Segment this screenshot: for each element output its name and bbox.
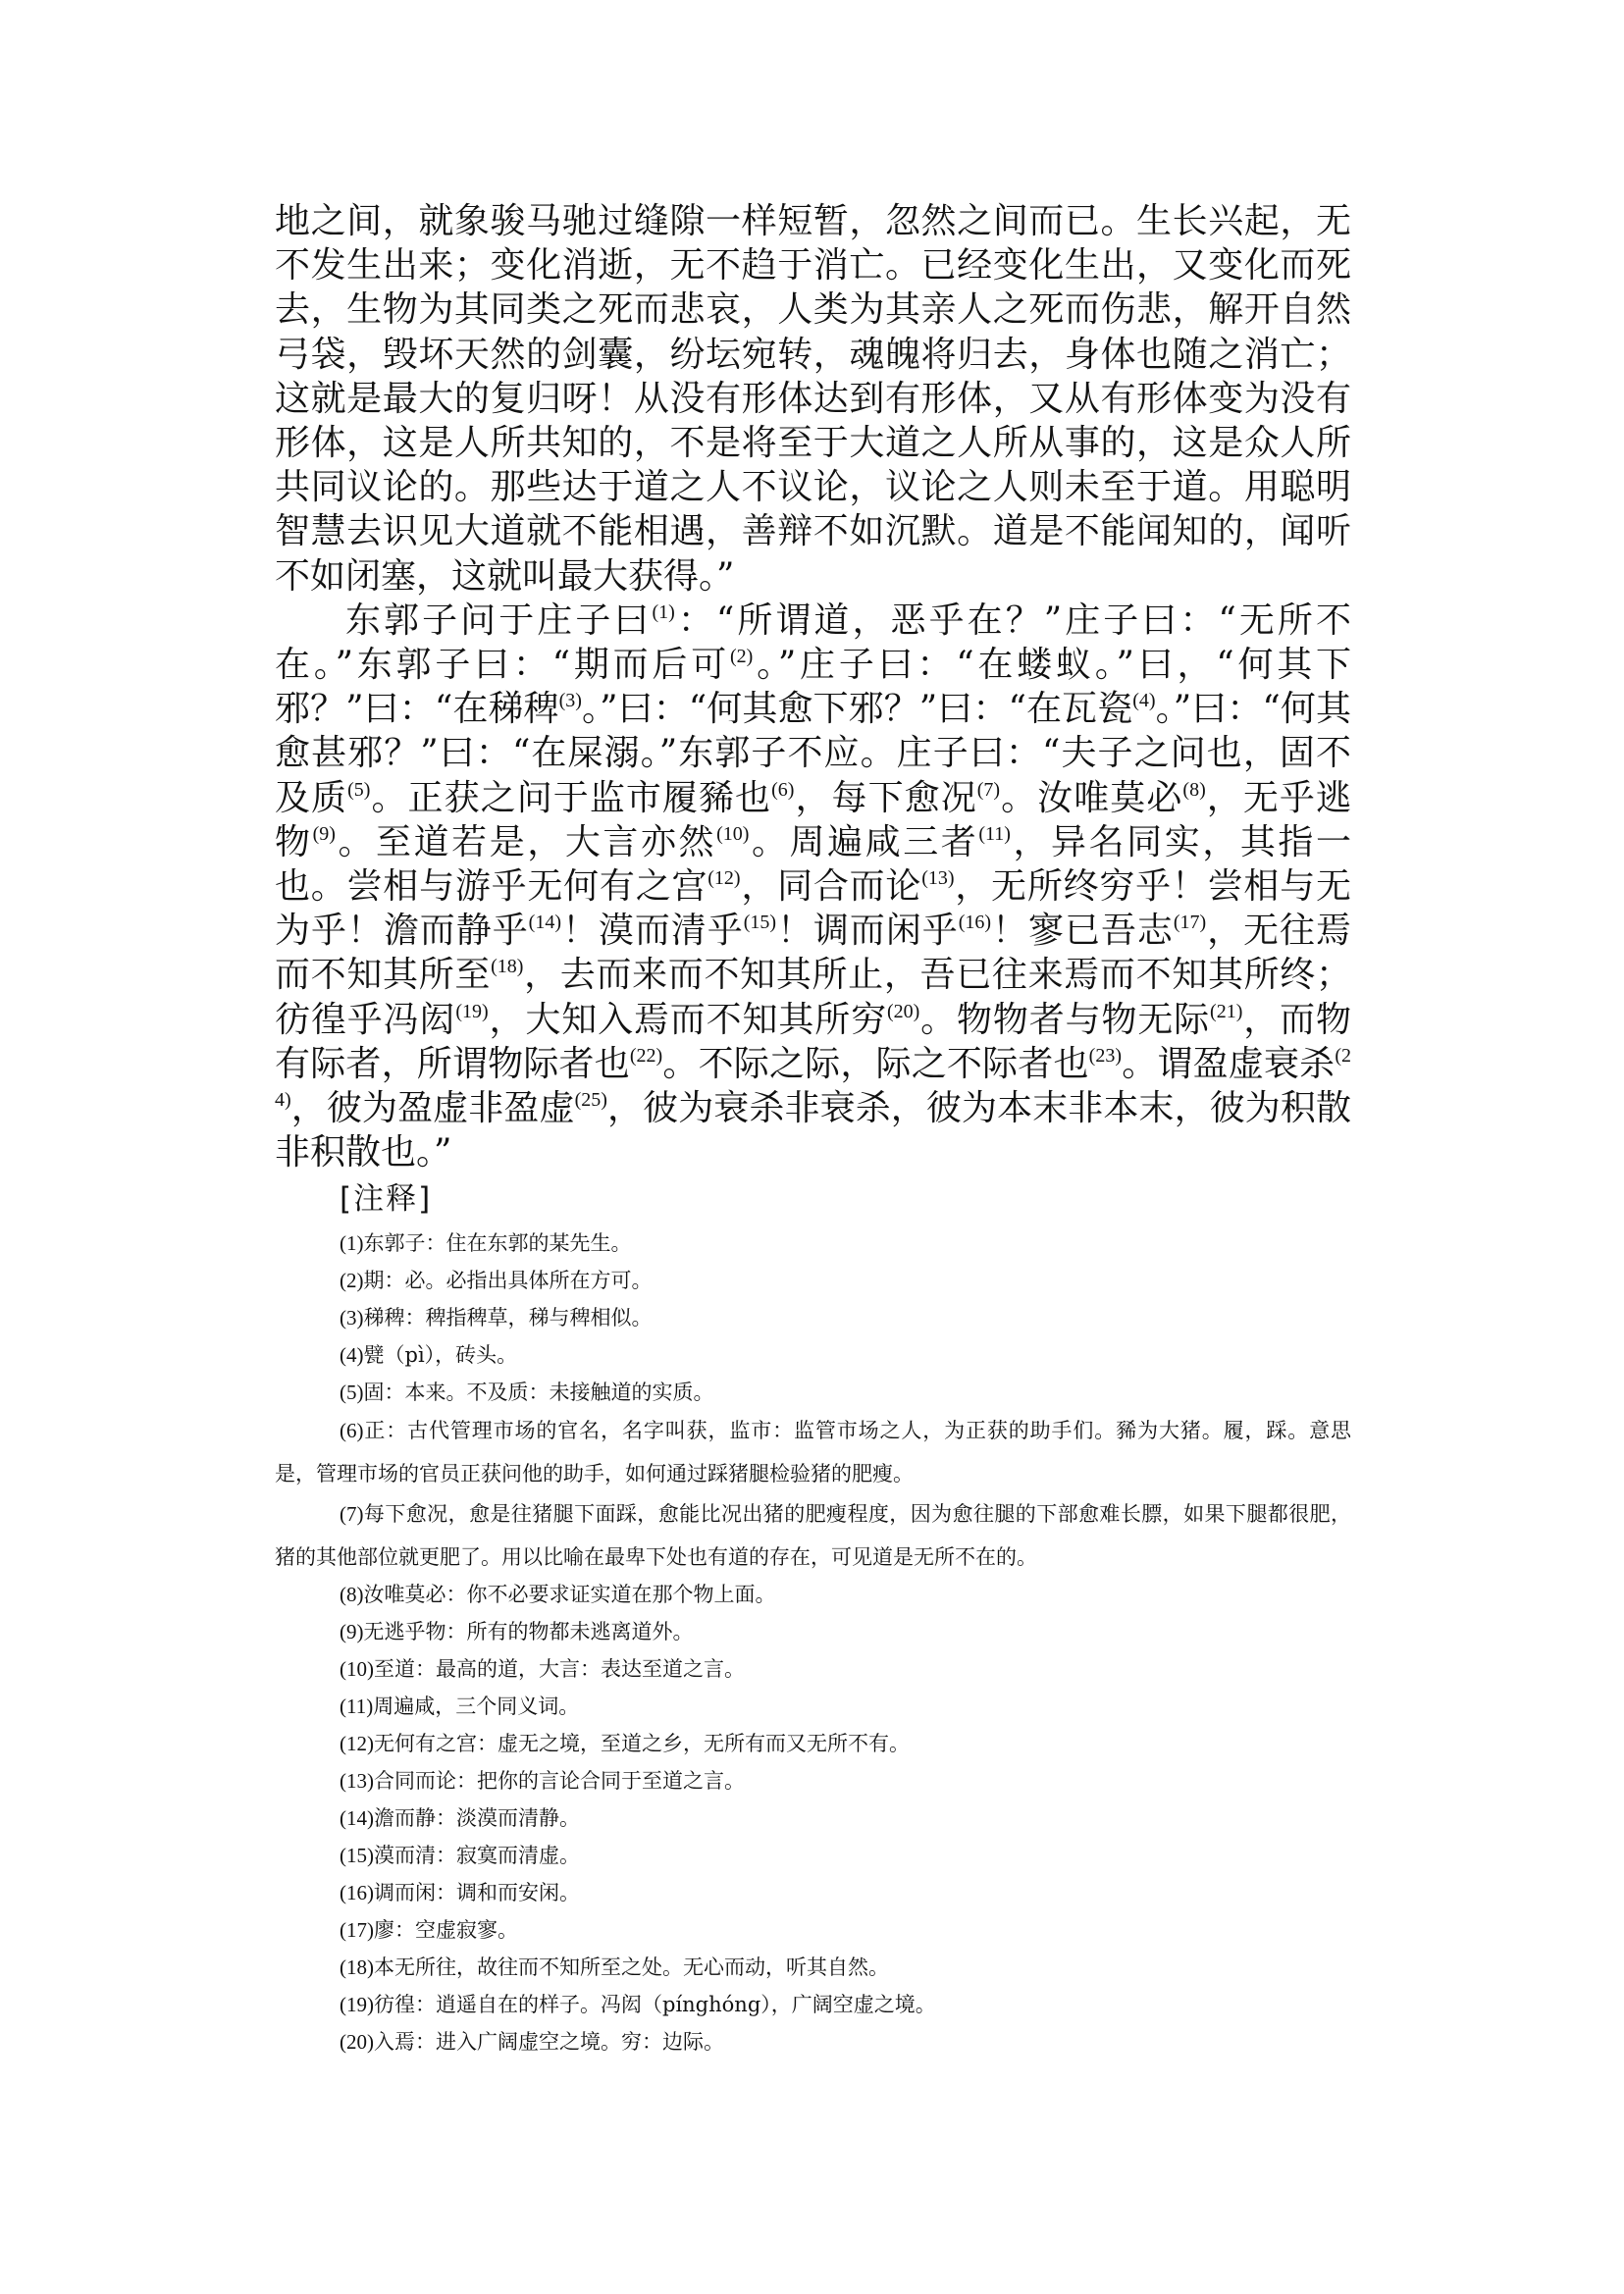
footnote-marker: (15) bbox=[744, 912, 776, 933]
note-number: (16) bbox=[340, 1881, 374, 1904]
paragraph-text: 。不际之际，际之不际者也 bbox=[662, 1044, 1088, 1084]
paragraph-text: 。谓盈虚衰杀 bbox=[1122, 1044, 1335, 1084]
note-number: (14) bbox=[340, 1806, 374, 1830]
body-paragraph-dialogue: 东郭子问于庄子曰(1)：“所谓道，恶乎在？”庄子曰：“无所不在。”东郭子曰：“期… bbox=[275, 599, 1351, 1175]
paragraph-text: ，每下愈况 bbox=[794, 778, 976, 818]
note-number: (1) bbox=[340, 1231, 364, 1255]
note-number: (19) bbox=[340, 1993, 374, 2016]
paragraph-text: 地之间，就象骏马驰过缝隙一样短暂，忽然之间而已。生长兴起，无不发生出来；变化消逝… bbox=[275, 201, 1351, 597]
footnote-marker: (8) bbox=[1182, 779, 1205, 801]
footnote-marker: (19) bbox=[455, 1001, 488, 1022]
note-item: (6)正：古代管理市场的官名，名字叫获，监市：监管市场之人，为正获的助手们。豨为… bbox=[275, 1409, 1351, 1495]
note-item: (19)彷徨：逍遥自在的样子。冯闳（pínghóng），广阔空虚之境。 bbox=[275, 1987, 1351, 2024]
note-text: 甓（pì），砖头。 bbox=[364, 1343, 518, 1367]
note-number: (18) bbox=[340, 1955, 374, 1979]
paragraph-text: 。汝唯莫必 bbox=[1000, 778, 1182, 818]
paragraph-text: ！漠而清乎 bbox=[561, 911, 744, 951]
note-text: 东郭子：住在东郭的某先生。 bbox=[364, 1231, 632, 1255]
footnote-marker: (3) bbox=[559, 690, 582, 711]
note-text: 正：古代管理市场的官名，名字叫获，监市：监管市场之人，为正获的助手们。豨为大猪。… bbox=[275, 1419, 1351, 1486]
footnote-marker: (23) bbox=[1089, 1045, 1122, 1067]
note-text: 稊稗：稗指稗草，稊与稗相似。 bbox=[364, 1306, 653, 1329]
paragraph-text: 。正获之问于监市履豨也 bbox=[370, 778, 771, 818]
footnote-marker: (20) bbox=[887, 1001, 919, 1022]
body-paragraph-continuation: 地之间，就象骏马驰过缝隙一样短暂，忽然之间而已。生长兴起，无不发生出来；变化消逝… bbox=[275, 199, 1351, 599]
footnote-marker: (16) bbox=[959, 912, 991, 933]
note-text: 调而闲：调和而安闲。 bbox=[374, 1881, 580, 1904]
note-item: (17)廖：空虚寂寥。 bbox=[275, 1912, 1351, 1950]
paragraph-text: 。周遍咸三者 bbox=[749, 822, 978, 862]
note-number: (17) bbox=[340, 1918, 374, 1942]
note-text: 固：本来。不及质：未接触道的实质。 bbox=[364, 1381, 714, 1404]
footnote-marker: (22) bbox=[630, 1045, 662, 1067]
footnote-marker: (14) bbox=[529, 912, 561, 933]
note-text: 本无所往，故往而不知所至之处。无心而动，听其自然。 bbox=[374, 1955, 889, 1979]
footnote-marker: (21) bbox=[1210, 1001, 1242, 1022]
note-text: 漠而清：寂寞而清虚。 bbox=[374, 1844, 580, 1867]
paragraph-text: ，大知入焉而不知其所穷 bbox=[489, 1000, 887, 1040]
note-number: (15) bbox=[340, 1844, 374, 1867]
footnote-marker: (1) bbox=[652, 601, 674, 623]
note-number: (13) bbox=[340, 1769, 374, 1793]
note-number: (4) bbox=[340, 1343, 364, 1367]
note-number: (8) bbox=[340, 1583, 364, 1606]
note-number: (20) bbox=[340, 2030, 374, 2054]
notes-heading: [注释] bbox=[340, 1176, 1351, 1222]
footnote-marker: (5) bbox=[347, 779, 370, 801]
footnote-marker: (6) bbox=[771, 779, 794, 801]
note-item: (13)合同而论：把你的言论合同于至道之言。 bbox=[275, 1763, 1351, 1800]
note-text: 廖：空虚寂寥。 bbox=[374, 1918, 518, 1942]
note-text: 期：必。必指出具体所在方可。 bbox=[364, 1269, 653, 1292]
note-number: (9) bbox=[340, 1620, 364, 1643]
note-item: (9)无逃乎物：所有的物都未逃离道外。 bbox=[275, 1614, 1351, 1651]
note-item: (18)本无所往，故往而不知所至之处。无心而动，听其自然。 bbox=[275, 1950, 1351, 1987]
footnote-marker: (4) bbox=[1132, 690, 1155, 711]
note-item: (11)周遍咸，三个同义词。 bbox=[275, 1689, 1351, 1726]
note-text: 澹而静：淡漠而清静。 bbox=[374, 1806, 580, 1830]
note-item: (3)稊稗：稗指稗草，稊与稗相似。 bbox=[275, 1300, 1351, 1337]
footnote-marker: (18) bbox=[491, 956, 523, 977]
paragraph-text: ！调而闲乎 bbox=[776, 911, 959, 951]
note-item: (10)至道：最高的道，大言：表达至道之言。 bbox=[275, 1651, 1351, 1689]
footnote-marker: (9) bbox=[313, 823, 336, 845]
note-item: (7)每下愈况，愈是往猪腿下面踩，愈能比况出猪的肥瘦程度，因为愈往腿的下部愈难长… bbox=[275, 1492, 1351, 1579]
note-item: (5)固：本来。不及质：未接触道的实质。 bbox=[275, 1375, 1351, 1412]
note-text: 周遍咸，三个同义词。 bbox=[373, 1694, 579, 1718]
paragraph-text: ，同合而论 bbox=[741, 866, 922, 907]
footnote-marker: (25) bbox=[575, 1089, 607, 1111]
note-item: (12)无何有之宫：虚无之境，至道之乡，无所有而又无所不有。 bbox=[275, 1726, 1351, 1763]
note-number: (3) bbox=[340, 1306, 364, 1329]
note-number: (6) bbox=[340, 1419, 364, 1442]
paragraph-text: 。”曰：“何其愈下邪？”曰：“在瓦瓷 bbox=[582, 689, 1132, 729]
paragraph-text: ，彼为盈虚非盈虚 bbox=[291, 1088, 575, 1128]
note-number: (5) bbox=[340, 1381, 364, 1404]
footnote-marker: (2) bbox=[730, 646, 753, 667]
footnote-marker: (11) bbox=[978, 823, 1011, 845]
note-text: 每下愈况，愈是往猪腿下面踩，愈能比况出猪的肥瘦程度，因为愈往腿的下部愈难长膘，如… bbox=[275, 1502, 1351, 1569]
note-number: (10) bbox=[340, 1657, 374, 1681]
footnote-marker: (13) bbox=[921, 867, 954, 889]
note-item: (4)甓（pì），砖头。 bbox=[275, 1337, 1351, 1375]
note-item: (20)入焉：进入广阔虚空之境。穷：边际。 bbox=[275, 2024, 1351, 2061]
paragraph-text: 。至道若是，大言亦然 bbox=[336, 822, 716, 862]
note-text: 至道：最高的道，大言：表达至道之言。 bbox=[374, 1657, 745, 1681]
note-text: 无何有之宫：虚无之境，至道之乡，无所有而又无所不有。 bbox=[374, 1732, 910, 1755]
note-text: 入焉：进入广阔虚空之境。穷：边际。 bbox=[374, 2030, 724, 2054]
footnote-marker: (17) bbox=[1174, 912, 1206, 933]
footnote-marker: (10) bbox=[716, 823, 749, 845]
note-number: (2) bbox=[340, 1269, 364, 1292]
note-item: (8)汝唯莫必：你不必要求证实道在那个物上面。 bbox=[275, 1577, 1351, 1614]
note-number: (7) bbox=[340, 1502, 364, 1526]
document-page: 地之间，就象骏马驰过缝隙一样短暂，忽然之间而已。生长兴起，无不发生出来；变化消逝… bbox=[275, 199, 1351, 2061]
notes-list: (1)东郭子：住在东郭的某先生。(2)期：必。必指出具体所在方可。(3)稊稗：稗… bbox=[275, 1225, 1351, 2061]
note-number: (11) bbox=[340, 1694, 373, 1718]
note-number: (12) bbox=[340, 1732, 374, 1755]
paragraph-text: 东郭子问于庄子曰 bbox=[345, 600, 652, 641]
note-item: (14)澹而静：淡漠而清静。 bbox=[275, 1800, 1351, 1838]
footnote-marker: (7) bbox=[977, 779, 1000, 801]
note-text: 无逃乎物：所有的物都未逃离道外。 bbox=[364, 1620, 694, 1643]
paragraph-text: 。物物者与物无际 bbox=[919, 1000, 1210, 1040]
paragraph-text: ！寥已吾志 bbox=[991, 911, 1174, 951]
note-item: (2)期：必。必指出具体所在方可。 bbox=[275, 1263, 1351, 1300]
note-item: (16)调而闲：调和而安闲。 bbox=[275, 1875, 1351, 1912]
footnote-marker: (12) bbox=[707, 867, 740, 889]
note-text: 合同而论：把你的言论合同于至道之言。 bbox=[374, 1769, 745, 1793]
note-item: (15)漠而清：寂寞而清虚。 bbox=[275, 1838, 1351, 1875]
note-text: 彷徨：逍遥自在的样子。冯闳（pínghóng），广阔空虚之境。 bbox=[374, 1993, 936, 2016]
note-item: (1)东郭子：住在东郭的某先生。 bbox=[275, 1225, 1351, 1263]
note-text: 汝唯莫必：你不必要求证实道在那个物上面。 bbox=[364, 1583, 776, 1606]
